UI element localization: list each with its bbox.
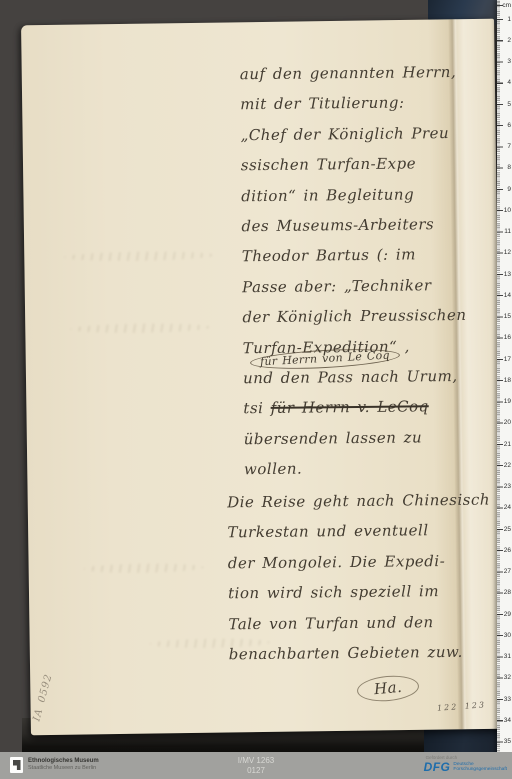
ruler-number: 23 <box>504 483 511 491</box>
ruler-number: 26 <box>504 547 511 555</box>
ruler-unit-label: cm <box>502 2 511 9</box>
ruler-number: 18 <box>504 377 511 385</box>
ruler-number: 27 <box>504 568 511 576</box>
ruler-number: 34 <box>504 717 511 725</box>
letter-line: wollen. <box>244 458 479 491</box>
letter-line: „Chef der Königlich Preu <box>240 124 475 157</box>
inventory-caption: I/MV 1263 0127 <box>238 756 274 776</box>
ruler-number: 10 <box>504 207 511 215</box>
letter-line: mit der Titulierung: <box>240 93 475 126</box>
ruler-number: 19 <box>504 398 511 406</box>
sheet-number: 0127 <box>238 766 274 776</box>
ruler-number: 24 <box>504 504 511 512</box>
letter-line: ssischen Turfan-Expe <box>241 154 476 187</box>
letter-line: der Königlich Preussischen <box>242 306 477 339</box>
ruler-number: 31 <box>504 653 511 661</box>
ruler-number: 6 <box>507 122 511 130</box>
letter-paragraph-1: auf den genannten Herrn,mit der Titulier… <box>240 63 479 491</box>
letter-paragraph-2: Die Reise geht nach ChinesischTurkestan … <box>227 491 479 676</box>
ruler-number: 33 <box>504 696 511 704</box>
museum-subtitle: Staatliche Museen zu Berlin <box>28 765 99 772</box>
ruler-number: 17 <box>504 356 511 364</box>
footer-bar: Ethnologisches Museum Staatliche Museen … <box>0 752 512 779</box>
smb-glyph-icon <box>13 760 21 770</box>
ruler-number: 9 <box>507 186 511 194</box>
letter-line: benachbarten Gebieten zuw. <box>229 643 479 676</box>
letter-line: Tale von Turfan und den <box>228 612 478 645</box>
ruler-number: 4 <box>507 79 511 87</box>
ruler-number: 22 <box>504 462 511 470</box>
letter-line: auf den genannten Herrn, <box>240 63 475 96</box>
ruler-number: 2 <box>507 37 511 45</box>
ruler-number: 5 <box>507 101 511 109</box>
ruler-number: 7 <box>507 143 511 151</box>
ruler-number: 8 <box>507 164 511 172</box>
ruler-number: 25 <box>504 526 511 534</box>
ruler-number: 16 <box>504 334 511 342</box>
ruler-number: 12 <box>504 249 511 257</box>
letter-line: tion wird sich speziell im <box>228 582 478 615</box>
letter-line: Passe aber: „Techniker <box>242 276 477 309</box>
museum-logo-icon <box>10 757 23 773</box>
dfg-logo: Gefördert durch DFG Deutsche Forschungsg… <box>424 755 507 773</box>
ruler-number: 3 <box>507 58 511 66</box>
museum-name: Ethnologisches Museum <box>28 758 99 765</box>
dfg-org-name: Deutsche Forschungsgemeinschaft <box>453 762 507 773</box>
ruler-number: 21 <box>504 441 511 449</box>
cm-ruler: cm 1234567891011121314151617181920212223… <box>497 0 512 779</box>
letter-line: tsi für Herrn v. LeCoq <box>243 397 478 430</box>
letter-line: dition“ in Begleitung <box>241 184 476 217</box>
letter-line: übersenden lassen zu <box>244 427 479 460</box>
ruler-number: 13 <box>504 271 511 279</box>
ruler-number: 11 <box>504 228 511 236</box>
letter-line: Theodor Bartus (: im <box>242 245 477 278</box>
scanned-letter-view: auf den genannten Herrn,mit der Titulier… <box>0 0 512 779</box>
ruler-number: 1 <box>507 16 511 24</box>
inventory-number: I/MV 1263 <box>238 756 274 766</box>
dfg-wordmark-icon: DFG <box>424 761 451 773</box>
ruler-number: 29 <box>504 611 511 619</box>
letter-line: Die Reise geht nach Chinesisch <box>227 491 477 524</box>
ruler-number: 28 <box>504 589 511 597</box>
letter-line: und den Pass nach Urum, <box>243 367 478 400</box>
dfg-org-line2: Forschungsgemeinschaft <box>453 767 507 773</box>
letter-line: der Mongolei. Die Expedi- <box>228 551 478 584</box>
ink-bleedthrough <box>84 563 204 574</box>
museum-caption: Ethnologisches Museum Staatliche Museen … <box>28 758 99 772</box>
ruler-cm-ticks <box>497 0 503 779</box>
ruler-number: 14 <box>504 292 511 300</box>
letter-line: des Museums-Arbeiters <box>241 215 476 248</box>
ruler-number: 35 <box>504 738 511 746</box>
letter-line: Turkestan und eventuell <box>227 521 477 554</box>
ink-bleedthrough <box>64 251 214 262</box>
ruler-number: 15 <box>504 313 511 321</box>
ruler-number: 32 <box>504 674 511 682</box>
ruler-number: 20 <box>504 419 511 427</box>
ink-bleedthrough <box>70 323 210 334</box>
ruler-number: 30 <box>504 632 511 640</box>
